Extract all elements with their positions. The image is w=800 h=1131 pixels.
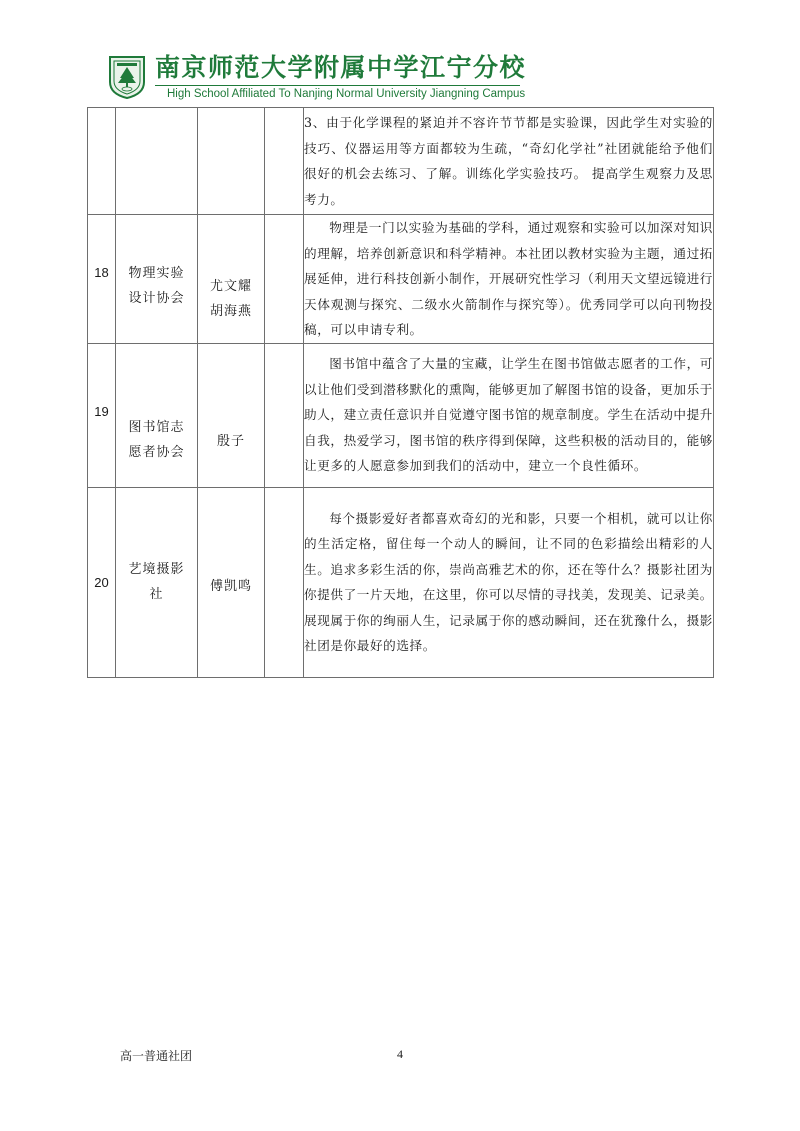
teacher-line: 殷子 [198,429,264,454]
page-header: 南京师范大学附属中学江宁分校 High School Affiliated To… [107,52,527,104]
table-row: 20 艺境摄影 社 傅凯鸣 每个摄影爱好者都喜欢奇幻的光和影，只要一个相机，就可… [88,487,714,677]
description-text: 物理是一门以实验为基础的学科，通过观察和实验可以加深对知识的理解，培养创新意识和… [304,215,713,343]
row-number: 19 [88,343,116,487]
school-name-chinese: 南京师范大学附属中学江宁分校 [155,52,526,84]
club-name: 物理实验 设计协会 [116,215,198,344]
school-emblem-icon [107,54,147,100]
club-name-line: 图书馆志 [116,415,197,440]
club-teacher [198,108,265,215]
club-name-line: 艺境摄影 [116,557,197,582]
club-name-line: 物理实验 [116,261,197,286]
teacher-line: 胡海燕 [198,299,264,324]
club-teacher: 傅凯鸣 [198,487,265,677]
table-row: 19 图书馆志 愿者协会 殷子 图书馆中蕴含了大量的宝藏，让学生在图书馆做志愿者… [88,343,714,487]
clubs-table: 3、由于化学课程的紧迫并不容许节节都是实验课，因此学生对实验的技巧、仪器运用等方… [87,107,714,678]
club-name: 艺境摄影 社 [116,487,198,677]
extra-cell [265,343,304,487]
club-description: 3、由于化学课程的紧迫并不容许节节都是实验课，因此学生对实验的技巧、仪器运用等方… [304,108,714,215]
footer-section-label: 高一普通社团 [120,1047,192,1064]
club-description: 每个摄影爱好者都喜欢奇幻的光和影，只要一个相机，就可以让你的生活定格，留住每一个… [304,487,714,677]
club-name-line: 愿者协会 [116,440,197,465]
extra-cell [265,487,304,677]
club-teacher: 殷子 [198,343,265,487]
school-name-english: High School Affiliated To Nanjing Normal… [167,87,525,101]
description-text: 图书馆中蕴含了大量的宝藏，让学生在图书馆做志愿者的工作，可以让他们受到潜移默化的… [304,351,713,479]
club-name-line: 设计协会 [116,286,197,311]
extra-cell [265,215,304,344]
club-description: 图书馆中蕴含了大量的宝藏，让学生在图书馆做志愿者的工作，可以让他们受到潜移默化的… [304,343,714,487]
club-name: 图书馆志 愿者协会 [116,343,198,487]
teacher-line: 尤文耀 [198,274,264,299]
extra-cell [265,108,304,215]
table-row: 3、由于化学课程的紧迫并不容许节节都是实验课，因此学生对实验的技巧、仪器运用等方… [88,108,714,215]
row-number [88,108,116,215]
description-text: 3、由于化学课程的紧迫并不容许节节都是实验课，因此学生对实验的技巧、仪器运用等方… [304,110,713,212]
club-teacher: 尤文耀 胡海燕 [198,215,265,344]
club-name [116,108,198,215]
header-rule [155,85,520,86]
description-text: 每个摄影爱好者都喜欢奇幻的光和影，只要一个相机，就可以让你的生活定格，留住每一个… [304,506,713,659]
table-row: 18 物理实验 设计协会 尤文耀 胡海燕 物理是一门以实验为基础的学科，通过观察… [88,215,714,344]
row-number: 18 [88,215,116,344]
teacher-line: 傅凯鸣 [198,574,264,599]
club-description: 物理是一门以实验为基础的学科，通过观察和实验可以加深对知识的理解，培养创新意识和… [304,215,714,344]
page-number: 4 [397,1047,403,1062]
club-name-line: 社 [116,582,197,607]
row-number: 20 [88,487,116,677]
